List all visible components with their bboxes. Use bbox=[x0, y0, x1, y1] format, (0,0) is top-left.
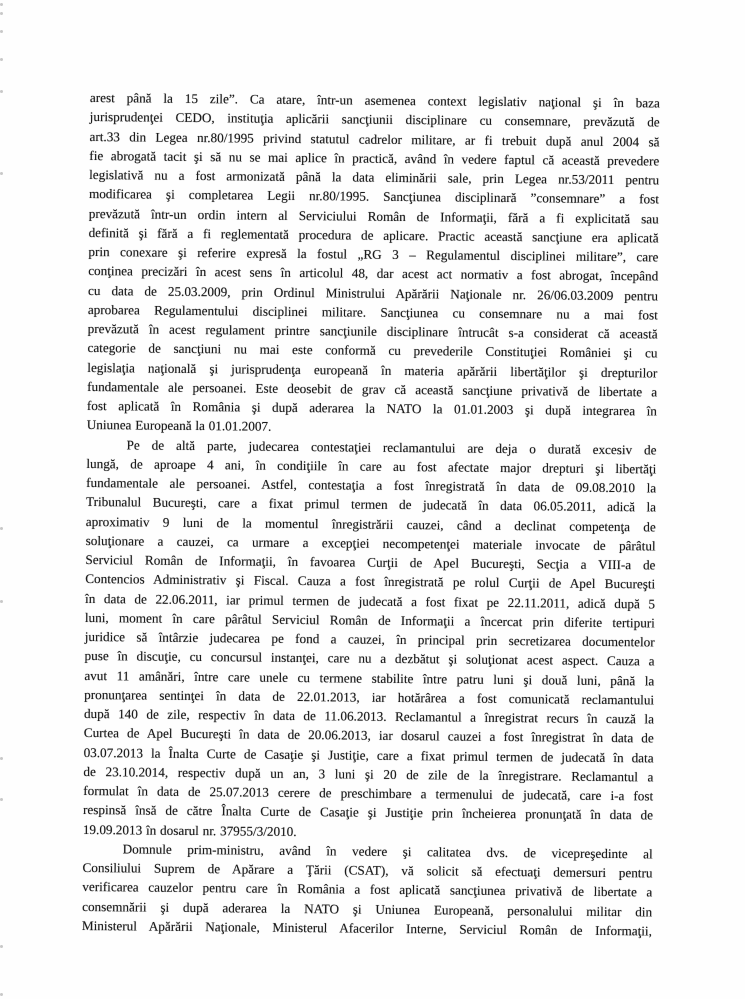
scan-speck-icon bbox=[0, 12, 3, 15]
scan-speck-icon bbox=[0, 90, 3, 93]
scan-speck-icon bbox=[0, 527, 3, 530]
paragraph: Domnule prim-ministru, având în vedere ş… bbox=[82, 839, 653, 941]
scan-speck-icon bbox=[0, 798, 3, 801]
scan-speck-icon bbox=[0, 30, 3, 33]
scan-speck-icon bbox=[0, 172, 3, 175]
paragraph: arest până la 15 zile”. Ca atare, într-u… bbox=[87, 88, 660, 440]
scan-speck-icon bbox=[0, 993, 3, 996]
scan-speck-icon bbox=[0, 600, 3, 603]
text-block: arest până la 15 zile”. Ca atare, într-u… bbox=[82, 88, 660, 940]
scanned-document-page: arest până la 15 zile”. Ca atare, într-u… bbox=[0, 0, 745, 999]
scan-speck-icon bbox=[0, 58, 3, 61]
scan-speck-icon bbox=[0, 757, 3, 760]
scan-speck-icon bbox=[0, 945, 3, 948]
scan-speck-icon bbox=[0, 3, 3, 6]
paragraph: Pe de altă parte, judecarea contestaţiei… bbox=[83, 434, 657, 844]
